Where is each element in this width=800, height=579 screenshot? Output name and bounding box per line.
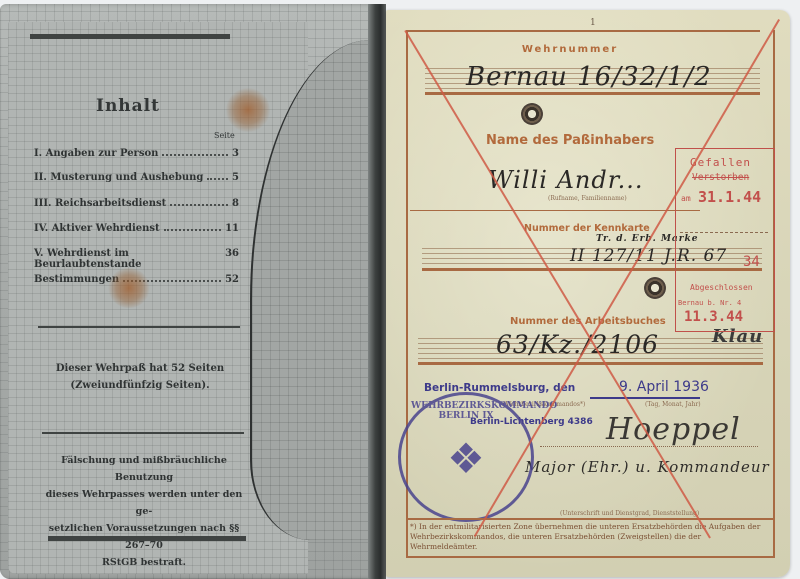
wehrnummer-value: Bernau 16/32/1/2 xyxy=(466,62,712,92)
name-value: Willi Andr... xyxy=(488,166,643,194)
footnote: *) In der entmilitarisierten Zone überne… xyxy=(410,522,768,552)
name-label: Name des Paßinhabers xyxy=(486,133,686,148)
arbeitsbuch-baseline xyxy=(418,362,763,365)
toc-item: I. Angaben zur Person3 xyxy=(34,148,239,159)
closed-date: 11.3.44 xyxy=(684,309,743,325)
toc-item: IV. Aktiver Wehrdienst11 xyxy=(34,223,239,234)
top-rule xyxy=(30,34,230,39)
arbeitsbuch-label: Nummer des Arbeitsbuches xyxy=(510,316,680,327)
place-value: Berlin-Rummelsburg, den xyxy=(424,382,575,394)
toc-item: III. Reichsarbeitsdienst8 xyxy=(34,198,239,209)
wehrnummer-baseline xyxy=(425,92,760,95)
death-date-prefix: am xyxy=(681,194,691,203)
grommet-top xyxy=(521,103,543,125)
page-count-text: Dieser Wehrpaß hat 52 Seiten (Zweiundfün… xyxy=(40,360,240,394)
rank-text: Major (Ehr.) u. Kommandeur xyxy=(525,458,770,476)
rust-stain xyxy=(108,268,150,308)
death-date: 31.1.44 xyxy=(698,188,761,206)
date-sublabel: (Tag, Monat, Jahr) xyxy=(645,401,701,408)
bottom-rule xyxy=(48,536,246,541)
closed-ref: Bernau b. Nr. 4 xyxy=(678,299,741,307)
grommet-bottom xyxy=(644,277,666,299)
divider-rule xyxy=(38,326,240,328)
footnote-rule xyxy=(406,518,775,520)
toc-page-header: Seite xyxy=(214,131,235,140)
arbeitsbuch-value: 63/Kz./2106 xyxy=(496,330,659,359)
toc-title: Inhalt xyxy=(96,96,160,116)
death-status: Gefallen xyxy=(690,156,751,169)
frame-top xyxy=(406,30,760,32)
eagle-emblem-icon: ❖ xyxy=(441,431,491,487)
frame-bottom xyxy=(406,556,775,558)
wehrnummer-label: Wehrnummer xyxy=(470,44,670,55)
stamp-text: WEHRBEZIRKSKOMMANDO BERLIN IX xyxy=(411,401,521,421)
year-mark: 34 xyxy=(743,254,760,270)
toc-item: V. Wehrdienst im Beurlaubtenstande36 xyxy=(34,248,239,270)
page-number: 1 xyxy=(590,18,596,28)
place-underline xyxy=(590,397,700,399)
official-round-stamp: WEHRBEZIRKSKOMMANDO BERLIN IX ❖ xyxy=(398,392,534,522)
signature-rule xyxy=(540,446,758,447)
signature: Hoeppel xyxy=(606,412,741,447)
toc-item: II. Musterung und Aushebung5 xyxy=(34,172,239,183)
name-sublabel: (Rufname, Familienname) xyxy=(548,195,627,202)
date-value: 9. April 1936 xyxy=(619,379,709,395)
divider-rule xyxy=(42,432,244,434)
spine xyxy=(368,4,386,579)
closed-label: Abgeschlossen xyxy=(690,283,753,292)
legal-warning: Fälschung und mißbräuchliche Benutzung d… xyxy=(38,452,250,571)
dashed-rule xyxy=(680,232,768,233)
rust-stain xyxy=(226,88,270,132)
name-rule xyxy=(410,210,700,211)
signature-sublabel: (Unterschrift und Dienstgrad, Dienststel… xyxy=(560,510,699,517)
death-struck: Verstorben xyxy=(692,172,749,183)
